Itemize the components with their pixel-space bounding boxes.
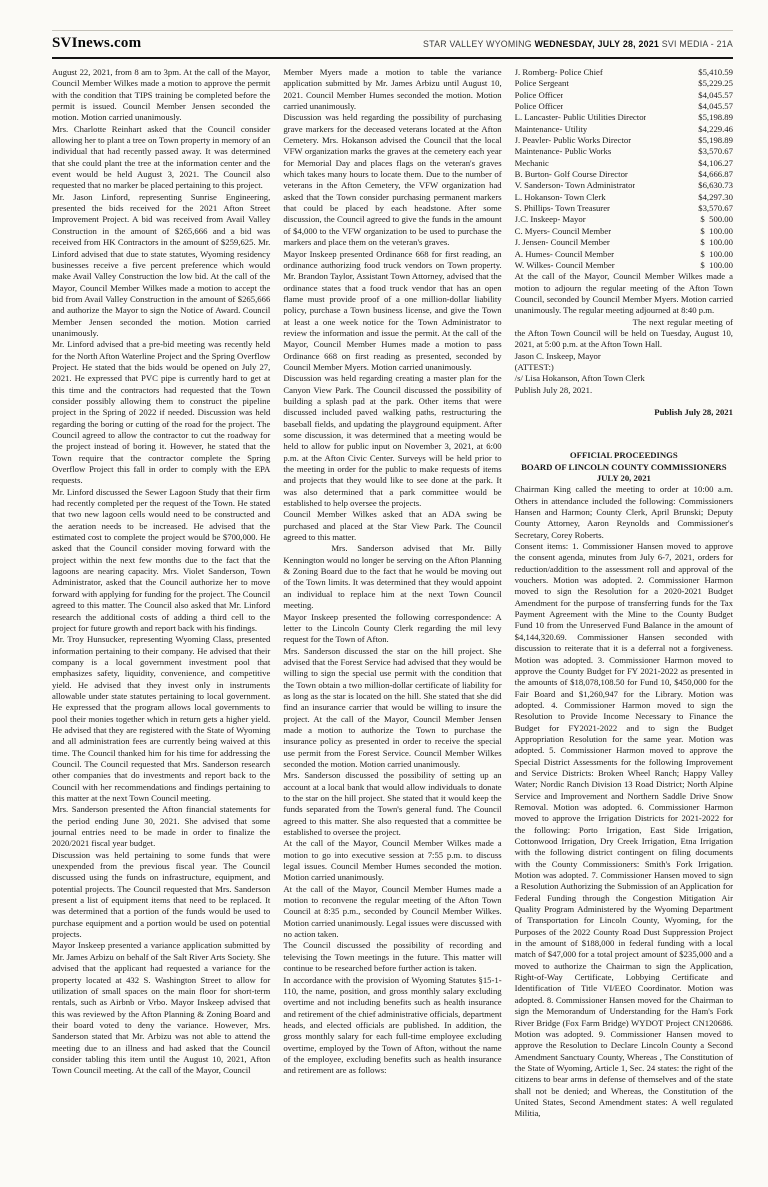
- salary-amount: $4,045.57: [698, 90, 733, 101]
- article-paragraph: The Council discussed the possibility of…: [283, 940, 501, 974]
- article-paragraph: Consent items: 1. Commissioner Hansen mo…: [515, 541, 733, 1120]
- salary-position: Maintenance- Utility: [515, 124, 588, 135]
- proceedings-heading-line: BOARD OF LINCOLN COUNTY COMMISSIONERS: [515, 462, 733, 473]
- header-date: WEDNESDAY, JULY 28, 2021: [535, 39, 660, 49]
- salary-row: B. Burton- Golf Course Director $4,666.8…: [515, 169, 733, 180]
- article-paragraph: Mayor Inskeep presented Ordinance 668 fo…: [283, 249, 501, 374]
- header-edition: SVI MEDIA - 21A: [659, 39, 733, 49]
- salary-amount: $6,630.73: [698, 180, 733, 191]
- article-paragraph: Mr. Linford discussed the Sewer Lagoon S…: [52, 487, 270, 634]
- article-paragraph: (ATTEST:): [515, 362, 733, 373]
- article-paragraph: /s/ Lisa Hokanson, Afton Town Clerk: [515, 373, 733, 384]
- salary-row: J. Peavler- Public Works Director $5,198…: [515, 135, 733, 146]
- salary-amount: $3,570.67: [698, 146, 733, 157]
- salary-row: C. Myers- Council Member $ 100.00: [515, 226, 733, 237]
- salary-amount: $4,045.57: [698, 101, 733, 112]
- council-closing: At the call of the Mayor, Council Member…: [515, 271, 733, 396]
- article-paragraph: In accordance with the provision of Wyom…: [283, 975, 501, 1077]
- article-paragraph: Council Member Wilkes asked that an ADA …: [283, 509, 501, 543]
- salary-amount: $ 100.00: [700, 237, 733, 248]
- salary-amount: $3,570.67: [698, 203, 733, 214]
- salary-row: S. Phillips- Town Treasurer $3,570.67: [515, 203, 733, 214]
- salary-amount: $5,198.89: [698, 135, 733, 146]
- article-paragraph: Mayor Inskeep presented a variance appli…: [52, 940, 270, 1076]
- salary-amount: $5,410.59: [698, 67, 733, 78]
- salary-row: J.C. Inskeep- Mayor $ 500.00: [515, 214, 733, 225]
- salary-amount: $5,229.25: [698, 78, 733, 89]
- salary-row: V. Sanderson- Town Administrator $6,630.…: [515, 180, 733, 191]
- salary-row: J. Jensen- Council Member $ 100.00: [515, 237, 733, 248]
- salary-position: L. Lancaster- Public Utilities Director: [515, 112, 647, 123]
- salary-position: Police Officer: [515, 90, 564, 101]
- proceedings-body: Chairman King called the meeting to orde…: [515, 484, 733, 1119]
- salary-position: J.C. Inskeep- Mayor: [515, 214, 586, 225]
- article-paragraph: Mrs. Sanderson discussed the possibility…: [283, 770, 501, 838]
- salary-position: Maintenance- Public Works: [515, 146, 612, 157]
- article-paragraph: At the call of the Mayor, Council Member…: [283, 884, 501, 941]
- salary-position: Police Sergeant: [515, 78, 569, 89]
- salary-position: C. Myers- Council Member: [515, 226, 612, 237]
- proceedings-heading: OFFICIAL PROCEEDINGS BOARD OF LINCOLN CO…: [515, 450, 733, 484]
- proceedings-heading-line: JULY 20, 2021: [515, 473, 733, 484]
- salary-amount: $ 100.00: [700, 249, 733, 260]
- salary-position: J. Jensen- Council Member: [515, 237, 610, 248]
- article-paragraph: At the call of the Mayor, Council Member…: [515, 271, 733, 316]
- salary-position: Mechanic: [515, 158, 549, 169]
- salary-row: L. Lancaster- Public Utilities Director …: [515, 112, 733, 123]
- article-paragraph: August 22, 2021, from 8 am to 3pm. At th…: [52, 67, 270, 124]
- article-paragraph: Jason C. Inskeep, Mayor: [515, 351, 733, 362]
- article-paragraph: Mrs. Sanderson advised that Mr. Billy Ke…: [283, 543, 501, 611]
- salary-row: Maintenance- Utility $4,229.46: [515, 124, 733, 135]
- salary-amount: $4,106.27: [698, 158, 733, 169]
- masthead-brand: SVInews.com: [52, 35, 141, 52]
- salary-amount: $ 100.00: [700, 260, 733, 271]
- article-paragraph: Discussion was held pertaining to some f…: [52, 850, 270, 941]
- article-columns: August 22, 2021, from 8 am to 3pm. At th…: [52, 67, 733, 1120]
- salary-position: A. Humes- Council Member: [515, 249, 614, 260]
- salary-position: S. Phillips- Town Treasurer: [515, 203, 610, 214]
- salary-amount: $4,666.87: [698, 169, 733, 180]
- article-paragraph: At the call of the Mayor, Council Member…: [283, 838, 501, 883]
- salary-amount: $5,198.89: [698, 112, 733, 123]
- salary-row: J. Romberg- Police Chief $5,410.59: [515, 67, 733, 78]
- article-paragraph: Mrs. Sanderson discussed the star on the…: [283, 646, 501, 771]
- salary-position: B. Burton- Golf Course Director: [515, 169, 628, 180]
- article-paragraph: Chairman King called the meeting to orde…: [515, 484, 733, 541]
- salary-row: L. Hokanson- Town Clerk $4,297.30: [515, 192, 733, 203]
- column-3: J. Romberg- Police Chief $5,410.59 Polic…: [515, 67, 733, 1120]
- masthead: SVInews.com STAR VALLEY WYOMING WEDNESDA…: [52, 30, 733, 59]
- salary-position: J. Peavler- Public Works Director: [515, 135, 631, 146]
- article-paragraph: Mrs. Charlotte Reinhart asked that the C…: [52, 124, 270, 192]
- article-paragraph: Mr. Troy Hunsucker, representing Wyoming…: [52, 634, 270, 804]
- proceedings-heading-line: OFFICIAL PROCEEDINGS: [515, 450, 733, 461]
- column-2: Member Myers made a motion to table the …: [283, 67, 501, 1120]
- salary-table: J. Romberg- Police Chief $5,410.59 Polic…: [515, 67, 733, 271]
- publish-line: Publish July 28, 2021: [515, 407, 733, 418]
- article-paragraph: Discussion was held regarding creating a…: [283, 373, 501, 509]
- newspaper-page: SVInews.com STAR VALLEY WYOMING WEDNESDA…: [0, 0, 768, 1187]
- salary-position: L. Hokanson- Town Clerk: [515, 192, 606, 203]
- salary-amount: $ 500.00: [700, 214, 733, 225]
- header-location: STAR VALLEY WYOMING: [423, 39, 535, 49]
- salary-amount: $4,229.46: [698, 124, 733, 135]
- salary-row: Mechanic $4,106.27: [515, 158, 733, 169]
- article-paragraph: Mayor Inskeep presented the following co…: [283, 612, 501, 646]
- column-1: August 22, 2021, from 8 am to 3pm. At th…: [52, 67, 270, 1120]
- header-dateline: STAR VALLEY WYOMING WEDNESDAY, JULY 28, …: [423, 39, 733, 49]
- salary-row: Maintenance- Public Works $3,570.67: [515, 146, 733, 157]
- salary-position: V. Sanderson- Town Administrator: [515, 180, 636, 191]
- article-paragraph: Member Myers made a motion to table the …: [283, 67, 501, 112]
- salary-amount: $ 100.00: [700, 226, 733, 237]
- salary-position: Police Officer: [515, 101, 564, 112]
- article-paragraph: Mr. Jason Linford, representing Sunrise …: [52, 192, 270, 339]
- salary-row: A. Humes- Council Member $ 100.00: [515, 249, 733, 260]
- article-paragraph: Publish July 28, 2021.: [515, 385, 733, 396]
- salary-amount: $4,297.30: [698, 192, 733, 203]
- salary-position: J. Romberg- Police Chief: [515, 67, 603, 78]
- article-paragraph: Mr. Linford advised that a pre-bid meeti…: [52, 339, 270, 486]
- salary-row: Police Officer $4,045.57: [515, 101, 733, 112]
- article-paragraph: Mrs. Sanderson presented the Afton finan…: [52, 804, 270, 849]
- salary-position: W. Wilkes- Council Member: [515, 260, 615, 271]
- salary-row: Police Sergeant $5,229.25: [515, 78, 733, 89]
- salary-row: Police Officer $4,045.57: [515, 90, 733, 101]
- article-paragraph: The next regular meeting of the Afton To…: [515, 317, 733, 351]
- salary-row: W. Wilkes- Council Member $ 100.00: [515, 260, 733, 271]
- article-paragraph: Discussion was held regarding the possib…: [283, 112, 501, 248]
